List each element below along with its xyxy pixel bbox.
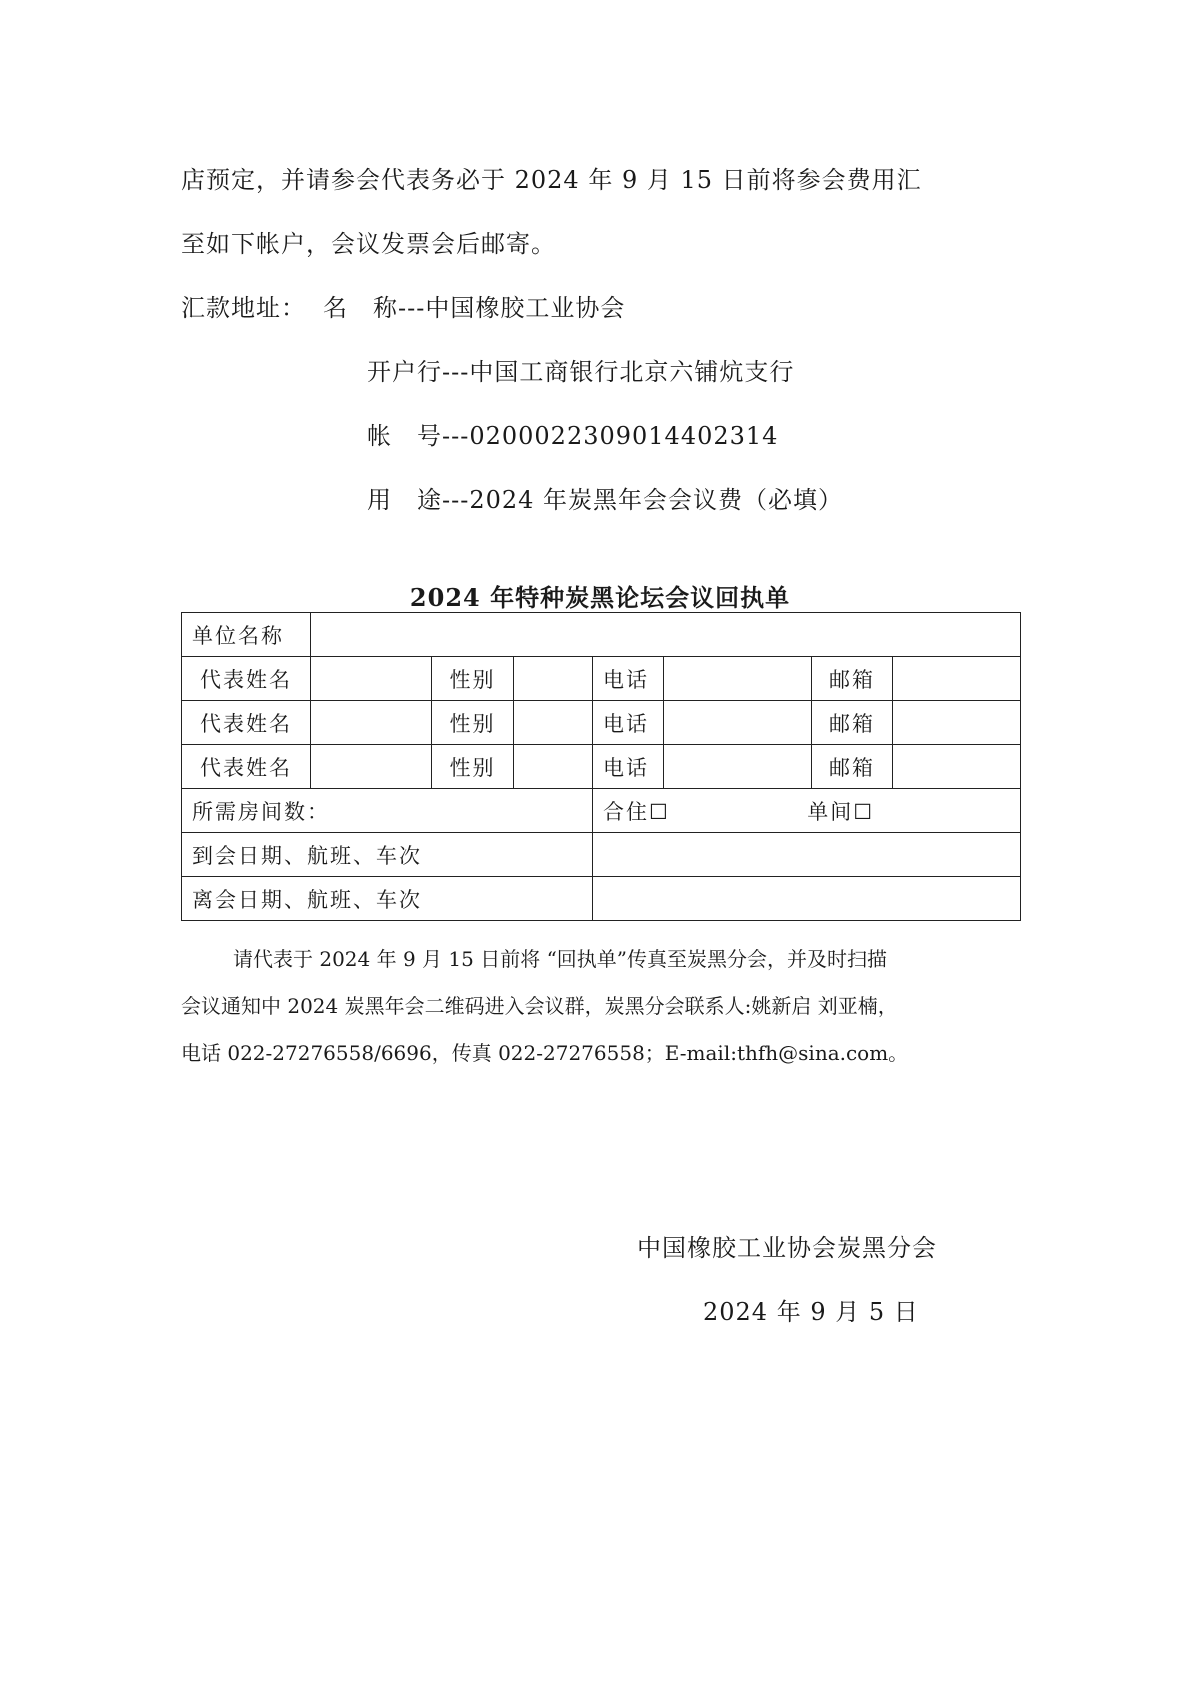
rep-phone-input[interactable]: [664, 701, 812, 745]
rep-gender-input[interactable]: [514, 701, 593, 745]
rep-name-label: 代表姓名: [182, 745, 311, 789]
note-line-1: 请代表于 2024 年 9 月 15 日前将 “回执单”传真至炭黑分会，并及时扫…: [181, 943, 1021, 972]
rooms-row: 所需房间数： 合住☐ 单间☐: [182, 789, 1021, 833]
remittance-purpose: 用 途---2024 年炭黑年会会议费（必填）: [367, 480, 843, 515]
rep-name-input[interactable]: [311, 745, 432, 789]
arrival-label: 到会日期、航班、车次: [182, 833, 593, 877]
representative-row: 代表姓名 性别 电话 邮箱: [182, 657, 1021, 701]
rep-name-input[interactable]: [311, 657, 432, 701]
rep-name-input[interactable]: [311, 701, 432, 745]
remittance-label: 汇款地址：: [181, 288, 306, 323]
form-title: 2024 年特种炭黑论坛会议回执单: [0, 578, 1200, 613]
rep-email-label: 邮箱: [812, 657, 893, 701]
unit-input[interactable]: [311, 613, 1021, 657]
remittance-name: 名 称---中国橡胶工业协会: [323, 288, 625, 323]
rep-email-input[interactable]: [893, 657, 1021, 701]
rep-gender-label: 性别: [432, 701, 514, 745]
signature-date: 2024 年 9 月 5 日: [703, 1292, 919, 1327]
unit-row: 单位名称: [182, 613, 1021, 657]
unit-label: 单位名称: [182, 613, 311, 657]
rep-email-input[interactable]: [893, 701, 1021, 745]
rep-phone-label: 电话: [593, 657, 664, 701]
rep-email-label: 邮箱: [812, 701, 893, 745]
representative-row: 代表姓名 性别 电话 邮箱: [182, 701, 1021, 745]
departure-row: 离会日期、航班、车次: [182, 877, 1021, 921]
shared-room-checkbox[interactable]: 合住☐: [603, 800, 670, 824]
rep-phone-label: 电话: [593, 745, 664, 789]
rep-name-label: 代表姓名: [182, 701, 311, 745]
remittance-account: 帐 号---0200022309014402314: [367, 416, 778, 451]
departure-label: 离会日期、航班、车次: [182, 877, 593, 921]
paragraph-line-1: 店预定，并请参会代表务必于 2024 年 9 月 15 日前将参会费用汇: [181, 160, 922, 195]
rep-email-input[interactable]: [893, 745, 1021, 789]
rep-phone-label: 电话: [593, 701, 664, 745]
remittance-bank: 开户行---中国工商银行北京六铺炕支行: [367, 352, 794, 387]
rooms-label: 所需房间数：: [182, 789, 593, 833]
departure-input[interactable]: [593, 877, 1021, 921]
room-options: 合住☐ 单间☐: [593, 789, 1021, 833]
arrival-input[interactable]: [593, 833, 1021, 877]
rep-phone-input[interactable]: [664, 745, 812, 789]
note-line-3: 电话 022-27276558/6696，传真 022-27276558；E-m…: [181, 1037, 1021, 1066]
note-line-2: 会议通知中 2024 炭黑年会二维码进入会议群，炭黑分会联系人:姚新启 刘亚楠，: [181, 990, 1021, 1019]
signature-org: 中国橡胶工业协会炭黑分会: [637, 1228, 937, 1263]
rep-name-label: 代表姓名: [182, 657, 311, 701]
rep-email-label: 邮箱: [812, 745, 893, 789]
single-room-checkbox[interactable]: 单间☐: [807, 800, 874, 824]
rep-phone-input[interactable]: [664, 657, 812, 701]
rep-gender-input[interactable]: [514, 745, 593, 789]
representative-row: 代表姓名 性别 电话 邮箱: [182, 745, 1021, 789]
rep-gender-label: 性别: [432, 745, 514, 789]
arrival-row: 到会日期、航班、车次: [182, 833, 1021, 877]
paragraph-line-2: 至如下帐户，会议发票会后邮寄。: [181, 224, 556, 259]
rep-gender-input[interactable]: [514, 657, 593, 701]
receipt-form-table: 单位名称 代表姓名 性别 电话 邮箱 代表姓名 性别 电话 邮箱 代表姓名 性别…: [181, 612, 1021, 921]
rep-gender-label: 性别: [432, 657, 514, 701]
